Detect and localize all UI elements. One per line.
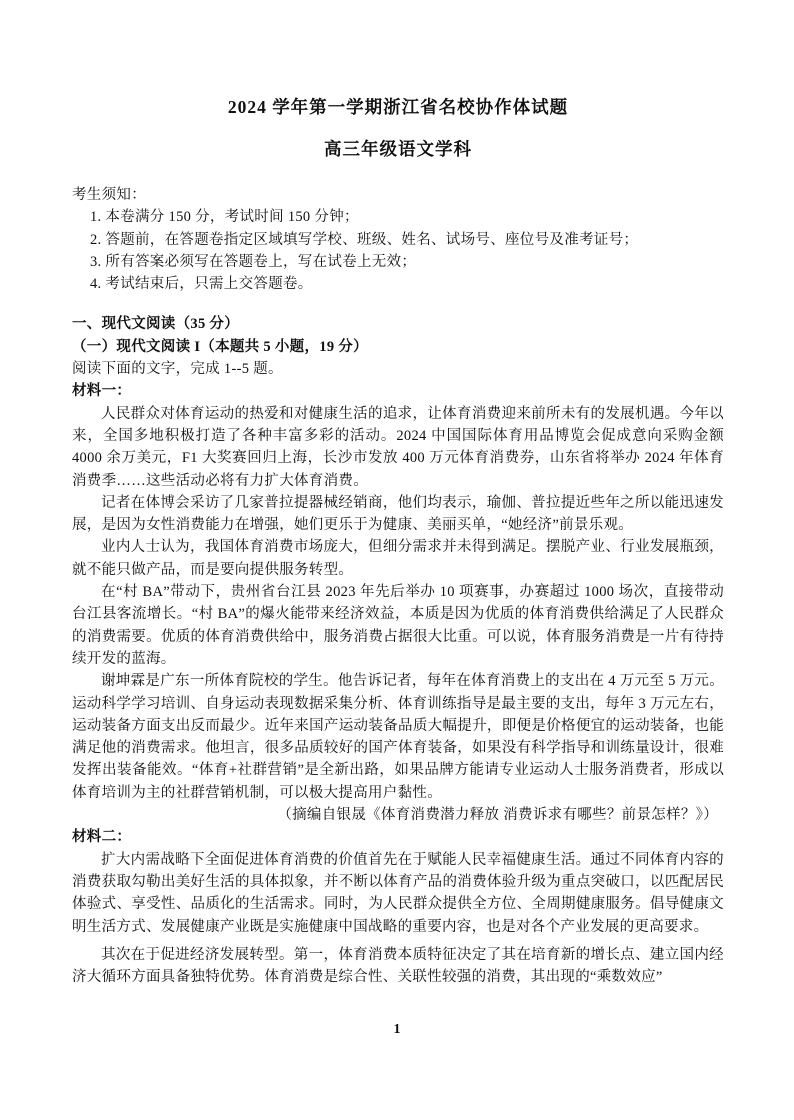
notice-label: 考生须知： (72, 184, 724, 206)
material1-citation: （摘编自银晟《体育消费潜力释放 消费诉求有哪些？前景怎样？》） (72, 804, 724, 826)
notice-items: 1. 本卷满分 150 分，考试时间 150 分钟； 2. 答题前，在答题卷指定… (72, 206, 724, 295)
notice-item: 1. 本卷满分 150 分，考试时间 150 分钟； (90, 206, 724, 228)
page-subtitle: 高三年级语文学科 (72, 138, 724, 160)
material1-paragraph: 人民群众对体育运动的热爱和对健康生活的追求，让体育消费迎来前所未有的发展机遇。今… (72, 403, 724, 492)
material1-paragraph: 记者在体博会采访了几家普拉提器械经销商，他们均表示，瑜伽、普拉提近些年之所以能迅… (72, 492, 724, 537)
notice-item: 3. 所有答案必须写在答题卷上，写在试卷上无效； (90, 251, 724, 273)
reading-instruction: 阅读下面的文字，完成 1--5 题。 (72, 358, 724, 380)
notice-item: 4. 考试结束后，只需上交答题卷。 (90, 273, 724, 295)
notice-item: 2. 答题前，在答题卷指定区域填写学校、班级、姓名、试场号、座位号及准考证号； (90, 229, 724, 251)
material2-paragraph: 其次在于促进经济发展转型。第一，体育消费本质特征决定了其在培育新的增长点、建立国… (72, 944, 724, 989)
material2-label: 材料二： (72, 826, 724, 848)
page-title: 2024 学年第一学期浙江省名校协作体试题 (72, 96, 724, 118)
section-heading: 一、现代文阅读（35 分） (72, 313, 724, 335)
exam-paper-page: 2024 学年第一学期浙江省名校协作体试题 高三年级语文学科 考生须知： 1. … (0, 0, 794, 1120)
page-number: 1 (0, 1022, 794, 1038)
material1-paragraph: 业内人士认为，我国体育消费市场庞大，但细分需求并未得到满足。摆脱产业、行业发展瓶… (72, 536, 724, 581)
candidate-notice: 考生须知： 1. 本卷满分 150 分，考试时间 150 分钟； 2. 答题前，… (72, 184, 724, 295)
reading-section: 一、现代文阅读（35 分） （一）现代文阅读 I（本题共 5 小题，19 分） … (72, 313, 724, 988)
material1-paragraph: 谢坤霖是广东一所体育院校的学生。他告诉记者，每年在体育消费上的支出在 4 万元至… (72, 670, 724, 804)
material1-label: 材料一： (72, 380, 724, 402)
material1-paragraph: 在“村 BA”带动下，贵州省台江县 2023 年先后举办 10 项赛事，办赛超过… (72, 581, 724, 670)
section-subheading: （一）现代文阅读 I（本题共 5 小题，19 分） (72, 336, 724, 358)
material2-paragraph: 扩大内需战略下全面促进体育消费的价值首先在于赋能人民幸福健康生活。通过不同体育内… (72, 849, 724, 938)
